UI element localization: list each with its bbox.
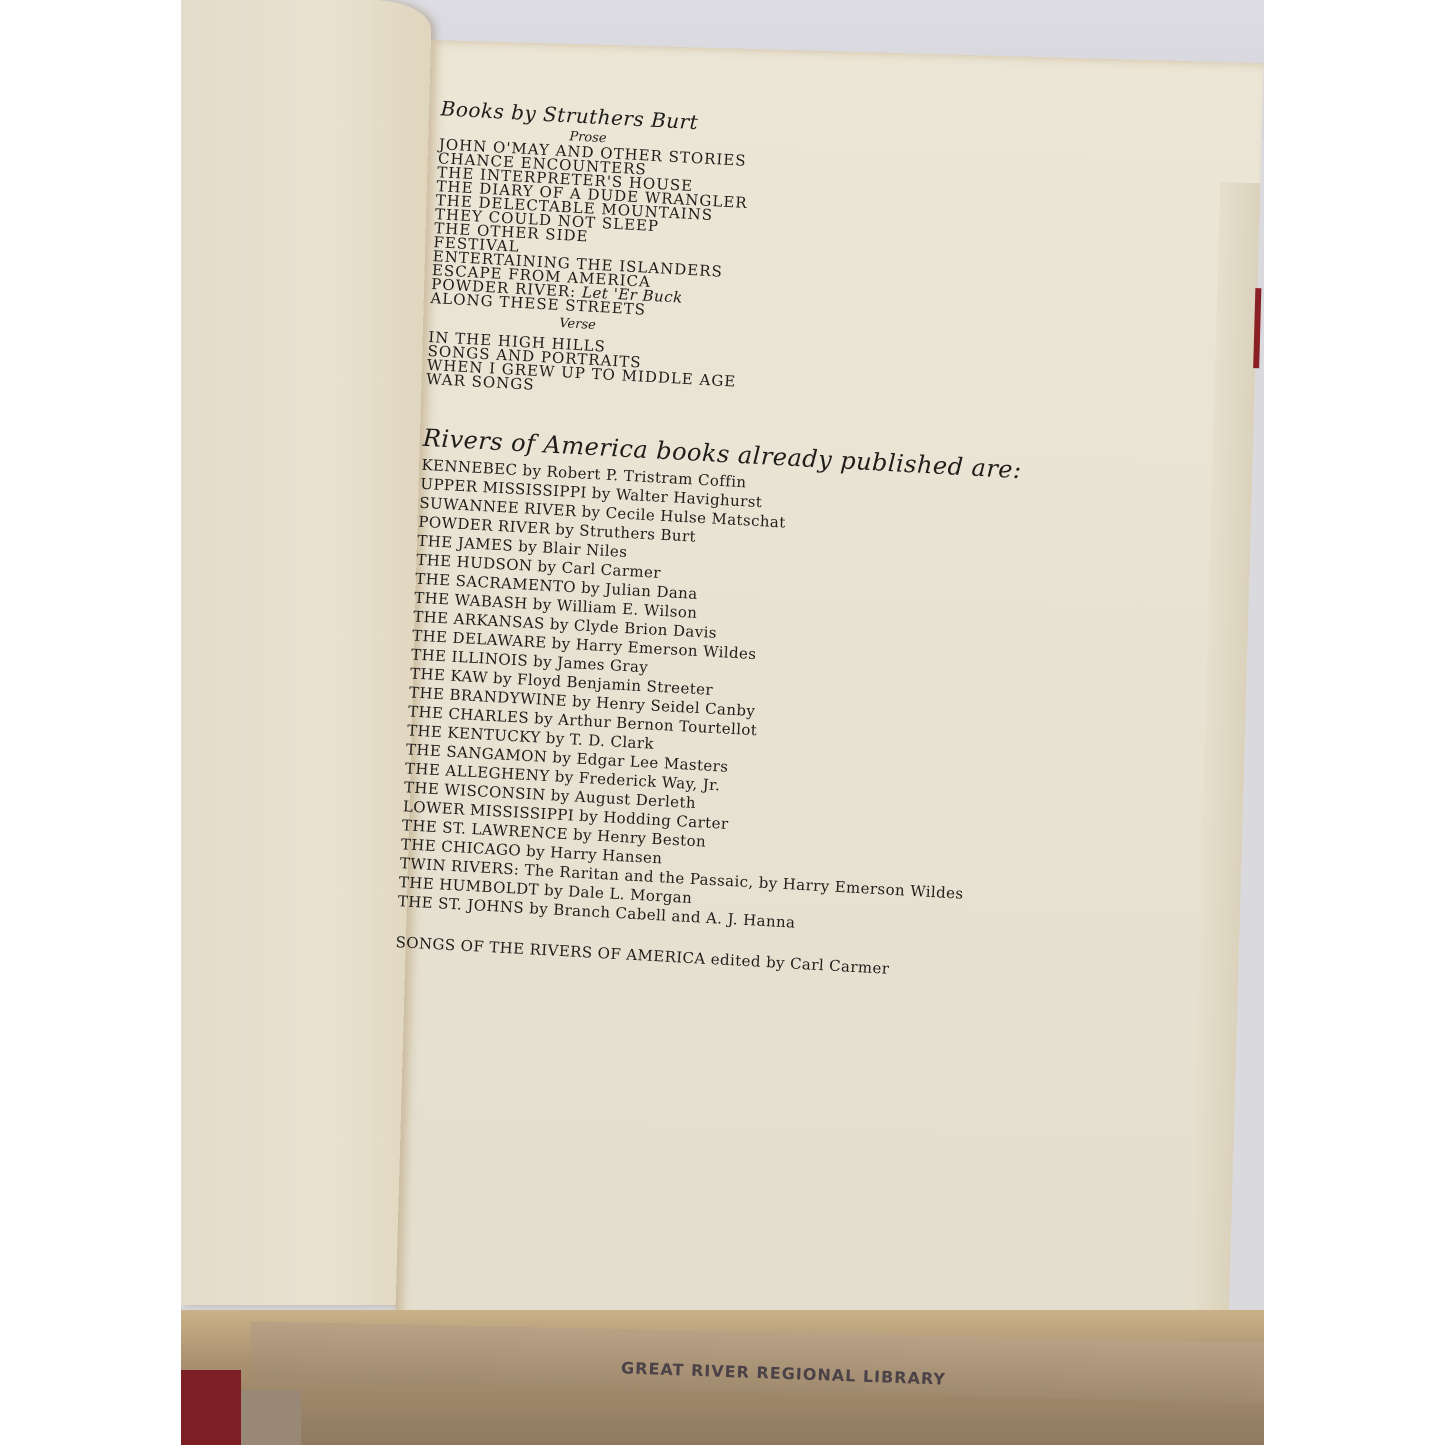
page-block-edge: GREAT RIVER REGIONAL LIBRARY	[181, 1310, 1264, 1445]
page-edge-strip	[251, 1321, 1264, 1402]
right-page: Books by Struthers Burt Prose JOHN O'MAY…	[395, 40, 1263, 1343]
red-cover-corner	[181, 1370, 241, 1445]
left-page-blank	[181, 0, 431, 1305]
red-cover-edge	[1253, 288, 1261, 368]
page-text: Books by Struthers Burt Prose JOHN O'MAY…	[395, 96, 1220, 993]
cover-shadow	[241, 1390, 301, 1445]
book-photo: Books by Struthers Burt Prose JOHN O'MAY…	[181, 0, 1264, 1445]
rivers-list: KENNEBEC by Robert P. Tristram Coffin UP…	[397, 456, 1201, 954]
